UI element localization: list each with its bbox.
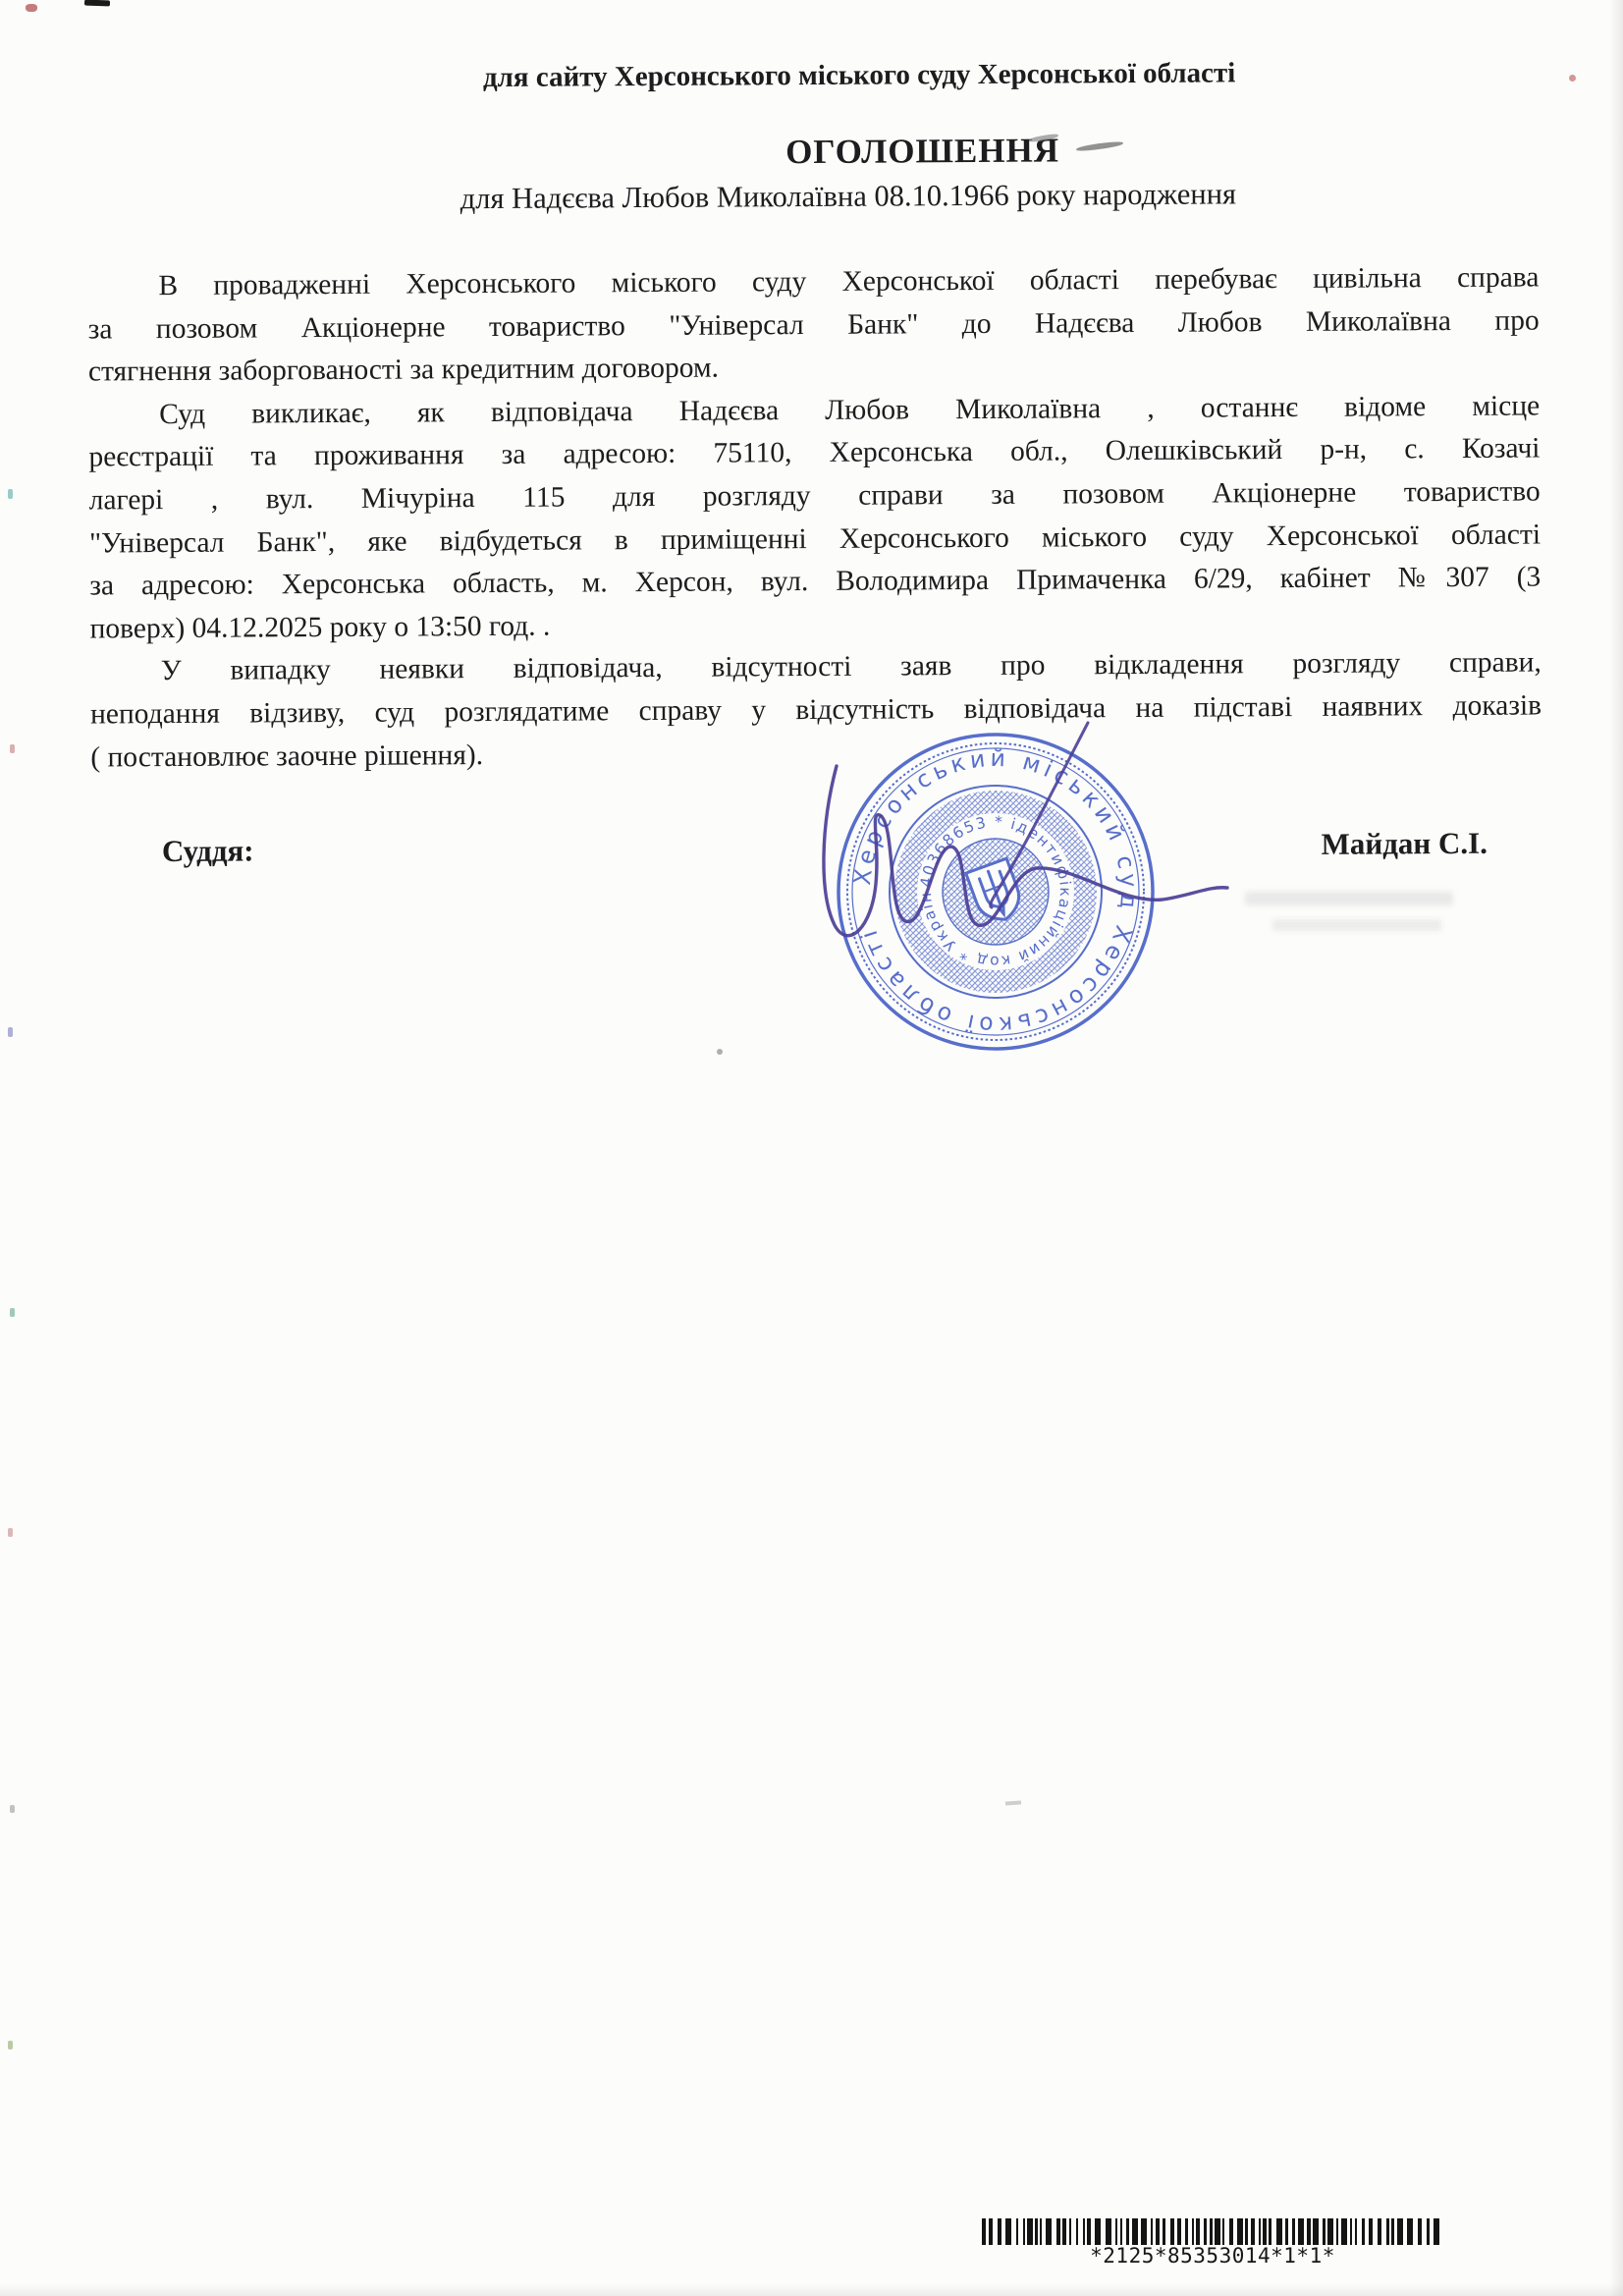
scan-artifact — [26, 4, 37, 12]
scan-artifact — [8, 1027, 13, 1037]
header-note: для сайту Херсонського міського суду Хер… — [134, 52, 1585, 98]
document-content: для сайту Херсонського міського суду Хер… — [86, 52, 1542, 869]
paragraph-1: В провадженні Херсонського міського суду… — [87, 256, 1540, 394]
court-seal-stamp: Херсонський міський суд Херсонської обла… — [827, 723, 1164, 1061]
paragraph-3: У випадку неявки відповідача, відсутност… — [90, 642, 1542, 780]
paragraph-line: за позовом Акціонерне товариство "Універ… — [88, 300, 1540, 352]
barcode-bars — [982, 2218, 1443, 2245]
scan-artifact — [1245, 892, 1453, 905]
paragraph-line: ( постановлює заочне рішення). — [90, 728, 1542, 780]
scan-artifact — [8, 2041, 13, 2050]
barcode: *2125*85353014*1*1* — [982, 2218, 1443, 2268]
announcement-subtitle: для Надєєва Любов Миколаївна 08.10.1966 … — [123, 172, 1574, 220]
scan-artifact — [1005, 1800, 1021, 1805]
document-body: В провадженні Херсонського міського суду… — [87, 256, 1542, 779]
barcode-label: *2125*85353014*1*1* — [982, 2244, 1443, 2268]
scan-artifact — [717, 1049, 723, 1055]
paragraph-line: неподання відзиву, суд розглядатиме спра… — [90, 684, 1542, 737]
scan-artifact — [10, 744, 15, 753]
scan-artifact — [10, 1805, 15, 1813]
scan-artifact — [1272, 919, 1441, 931]
paragraph-line: за адресою: Херсонська область, м. Херсо… — [89, 557, 1541, 609]
scan-artifact — [84, 0, 110, 6]
scanned-court-document-page: для сайту Херсонського міського суду Хер… — [0, 0, 1623, 2296]
scan-artifact — [8, 489, 13, 499]
scan-artifact — [10, 1308, 15, 1317]
announcement-title: ОГОЛОШЕННЯ — [196, 127, 1623, 177]
judge-label: Суддя: — [162, 834, 254, 870]
scan-artifact — [8, 1528, 13, 1537]
paragraph-2: Суд викликає, як відповідача Надєєва Люб… — [88, 385, 1542, 651]
judge-name: Майдан С.І. — [1321, 826, 1488, 862]
judge-row: Суддя: Майдан С.І. — [91, 826, 1542, 870]
